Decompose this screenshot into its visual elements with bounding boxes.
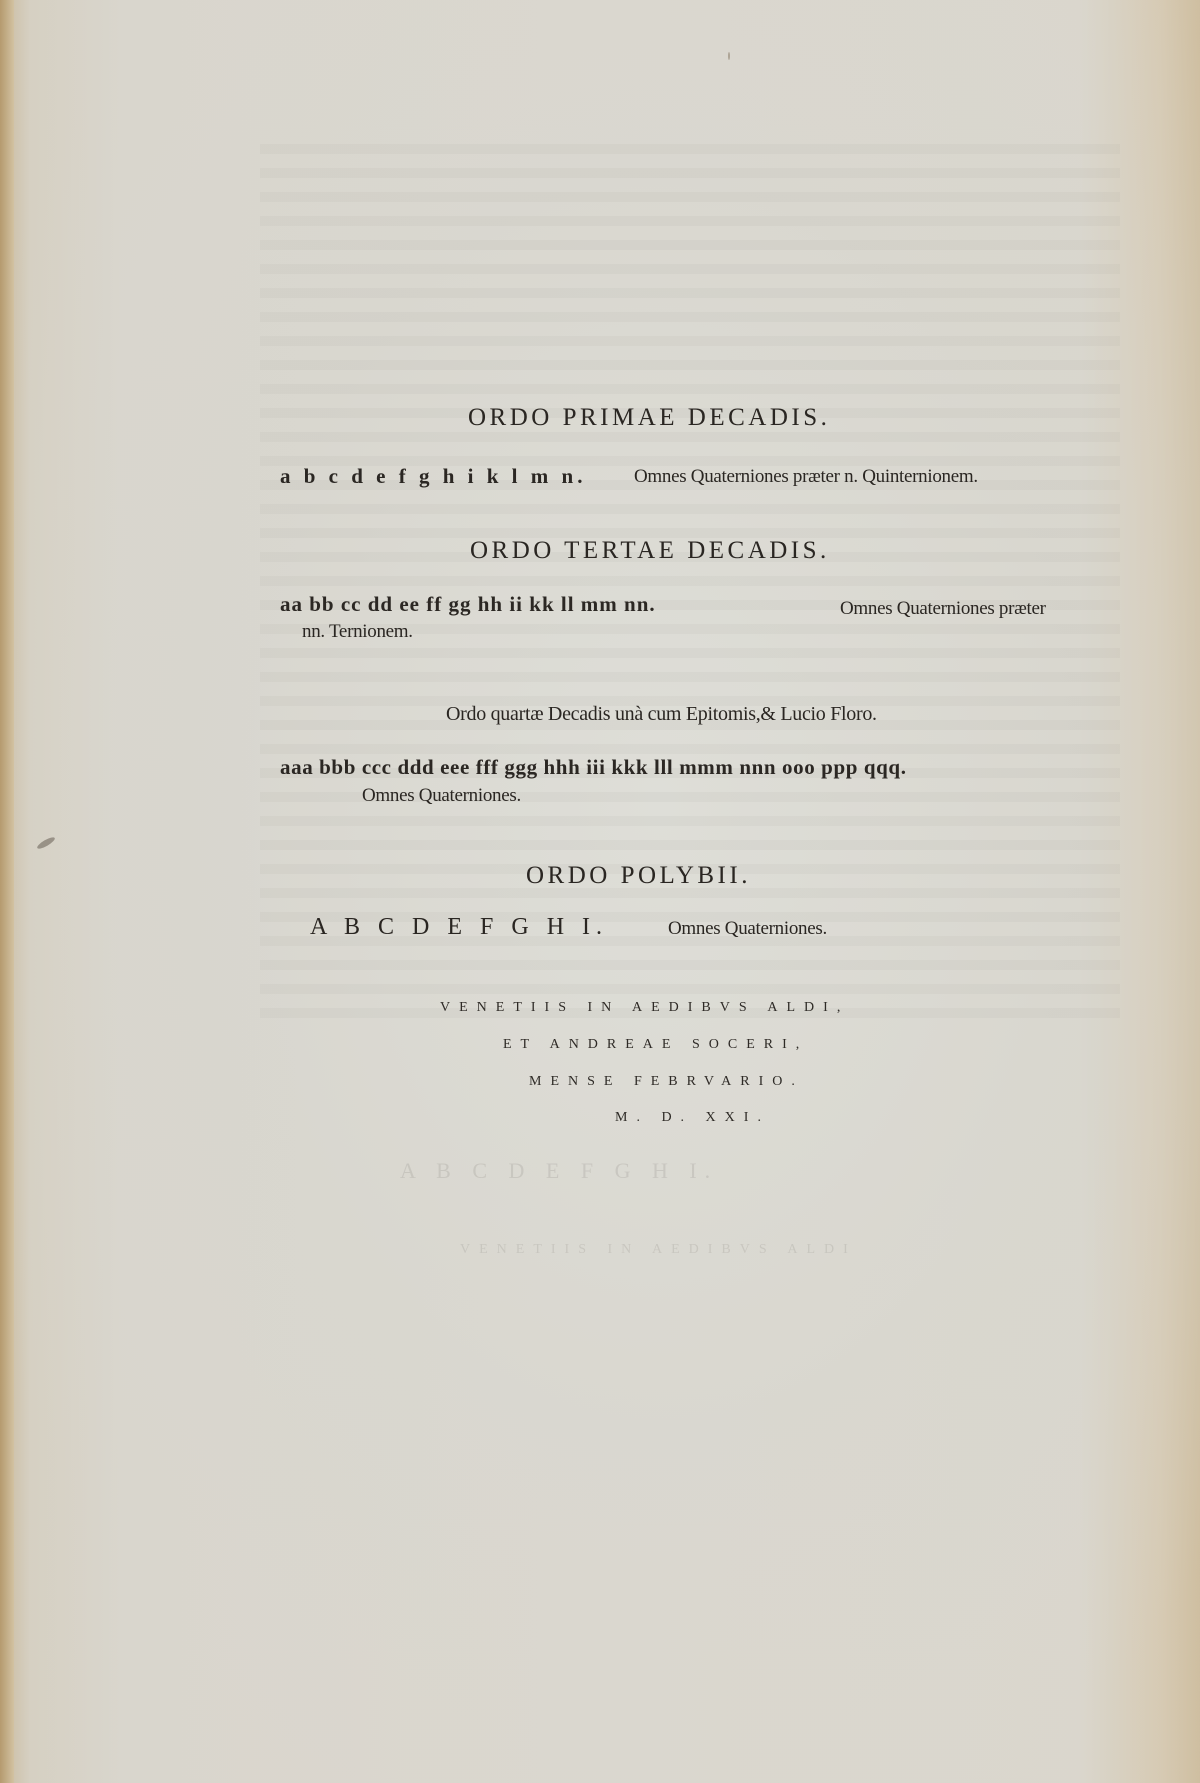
- section-heading-polybii: ORDO POLYBII.: [526, 862, 751, 890]
- show-through-text: [260, 130, 1120, 1030]
- note-tertae-cont: nn. Ternionem.: [302, 621, 413, 643]
- note-tertae: Omnes Quaterniones præter: [840, 598, 1046, 620]
- note-primae: Omnes Quaterniones præter n. Quinternion…: [634, 466, 978, 488]
- note-polybii: Omnes Quaterniones.: [668, 918, 827, 940]
- section-heading-quartae: Ordo quartæ Decadis unà cum Epitomis,& L…: [446, 703, 877, 726]
- book-page: ORDO PRIMAE DECADIS. a b c d e f g h i k…: [0, 0, 1200, 1783]
- paper-speck: [728, 52, 730, 60]
- section-heading-tertae: ORDO TERTAE DECADIS.: [470, 537, 830, 565]
- show-through-imprint: VENETIIS IN AEDIBVS ALDI: [460, 1242, 857, 1258]
- imprint-line-1: VENETIIS IN AEDIBVS ALDI,: [440, 1000, 849, 1016]
- page-edge: [0, 0, 14, 1783]
- signatures-quartae: aaa bbb ccc ddd eee fff ggg hhh iii kkk …: [280, 755, 907, 780]
- signatures-tertae: aa bb cc dd ee ff gg hh ii kk ll mm nn.: [280, 592, 656, 617]
- imprint-line-3: MENSE FEBRVARIO.: [529, 1074, 804, 1090]
- signatures-primae: a b c d e f g h i k l m n.: [280, 464, 586, 489]
- imprint-line-2: ET ANDREAE SOCERI,: [503, 1037, 808, 1053]
- paper-mark: [36, 835, 56, 850]
- show-through-line: A B C D E F G H I.: [400, 1158, 718, 1184]
- note-quartae: Omnes Quaterniones.: [362, 785, 521, 807]
- section-heading-primae: ORDO PRIMAE DECADIS.: [468, 404, 830, 432]
- signatures-polybii: A B C D E F G H I.: [310, 914, 608, 941]
- imprint-line-4: M. D. XXI.: [615, 1110, 770, 1126]
